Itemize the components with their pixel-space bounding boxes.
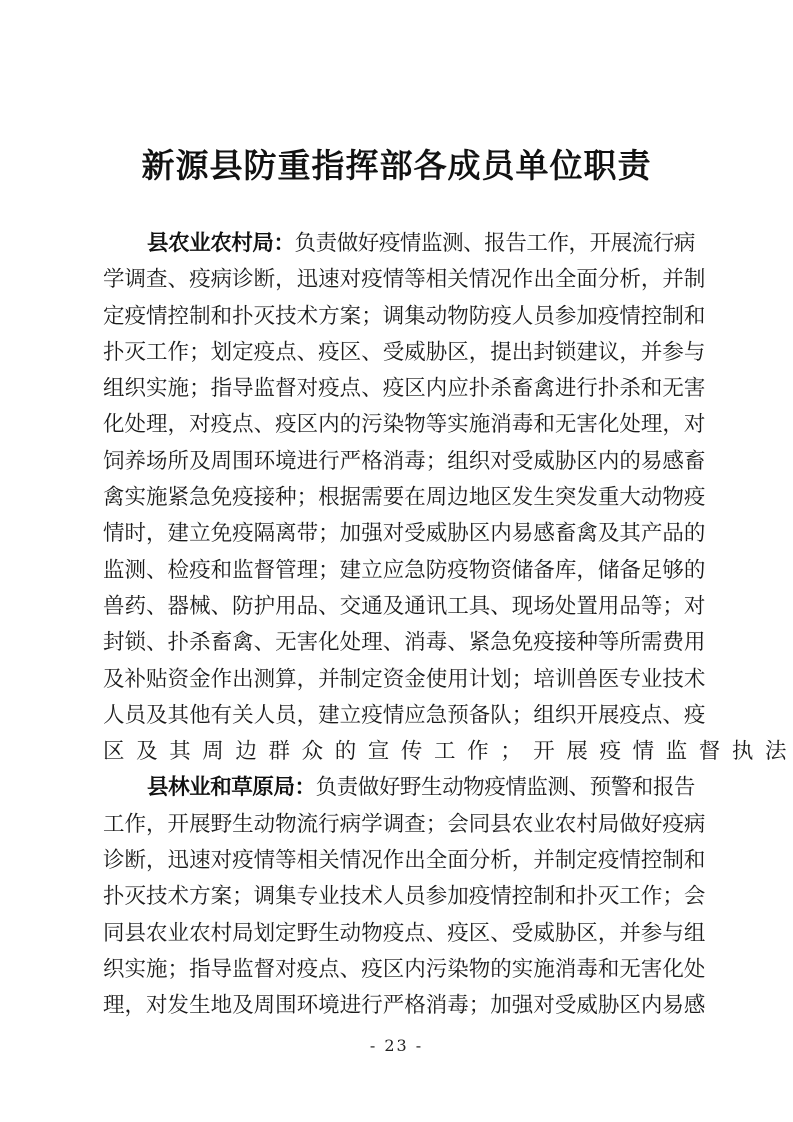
text-line: 同县农业农村局划定野生动物疫点、疫区、受威胁区，并参与组 — [103, 916, 695, 952]
text-line: 负责做好野生动物疫情监测、预警和报告 — [316, 770, 695, 806]
paragraph-first-line: 县农业农村局：负责做好疫情监测、报告工作，开展流行病 — [103, 226, 695, 262]
text-line: 定疫情控制和扑灭技术方案；调集动物防疫人员参加疫情控制和 — [103, 299, 695, 335]
text-line: 监测、检疫和监督管理；建立应急防疫物资储备库，储备足够的 — [103, 553, 695, 589]
text-line: 禽实施紧急免疫接种；根据需要在周边地区发生突发重大动物疫 — [103, 480, 695, 516]
text-line: 兽药、器械、防护用品、交通及通讯工具、现场处置用品等；对 — [103, 589, 695, 625]
text-line: 学调查、疫病诊断，迅速对疫情等相关情况作出全面分析，并制 — [103, 262, 695, 298]
text-line: 工作，开展野生动物流行病学调查；会同县农业农村局做好疫病 — [103, 807, 695, 843]
text-line: 化处理，对疫点、疫区内的污染物等实施消毒和无害化处理，对 — [103, 407, 695, 443]
text-line: 扑灭技术方案；调集专业技术人员参加疫情控制和扑灭工作；会 — [103, 879, 695, 915]
section-agriculture-bureau: 县农业农村局：负责做好疫情监测、报告工作，开展流行病 学调查、疫病诊断，迅速对疫… — [103, 226, 695, 770]
paragraph-first-line: 县林业和草原局：负责做好野生动物疫情监测、预警和报告 — [103, 770, 695, 806]
text-line: 饲养场所及周围环境进行严格消毒；组织对受威胁区内的易感畜 — [103, 444, 695, 480]
document-body: 县农业农村局：负责做好疫情监测、报告工作，开展流行病 学调查、疫病诊断，迅速对疫… — [103, 226, 695, 1025]
page-title: 新源县防重指挥部各成员单位职责 — [0, 140, 793, 187]
unit-name-label: 县农业农村局： — [147, 226, 295, 262]
text-line: 及补贴资金作出测算，并制定资金使用计划；培训兽医专业技术 — [103, 662, 695, 698]
text-line: 区及其周边群众的宣传工作；开展疫情监督执法工作。 — [103, 734, 695, 770]
section-forestry-grassland-bureau: 县林业和草原局：负责做好野生动物疫情监测、预警和报告 工作，开展野生动物流行病学… — [103, 770, 695, 1024]
page-number: - 23 - — [0, 1036, 793, 1055]
text-line: 人员及其他有关人员，建立疫情应急预备队；组织开展疫点、疫 — [103, 698, 695, 734]
text-line: 封锁、扑杀畜禽、无害化处理、消毒、紧急免疫接种等所需费用 — [103, 625, 695, 661]
text-line: 扑灭工作；划定疫点、疫区、受威胁区，提出封锁建议，并参与 — [103, 335, 695, 371]
text-line: 负责做好疫情监测、报告工作，开展流行病 — [295, 226, 695, 262]
text-line: 织实施；指导监督对疫点、疫区内污染物的实施消毒和无害化处 — [103, 952, 695, 988]
text-line: 理，对发生地及周围环境进行严格消毒；加强对受威胁区内易感 — [103, 988, 695, 1024]
unit-name-label: 县林业和草原局： — [147, 770, 316, 806]
text-line: 诊断，迅速对疫情等相关情况作出全面分析，并制定疫情控制和 — [103, 843, 695, 879]
text-line: 情时，建立免疫隔离带；加强对受威胁区内易感畜禽及其产品的 — [103, 516, 695, 552]
text-line: 组织实施；指导监督对疫点、疫区内应扑杀畜禽进行扑杀和无害 — [103, 371, 695, 407]
